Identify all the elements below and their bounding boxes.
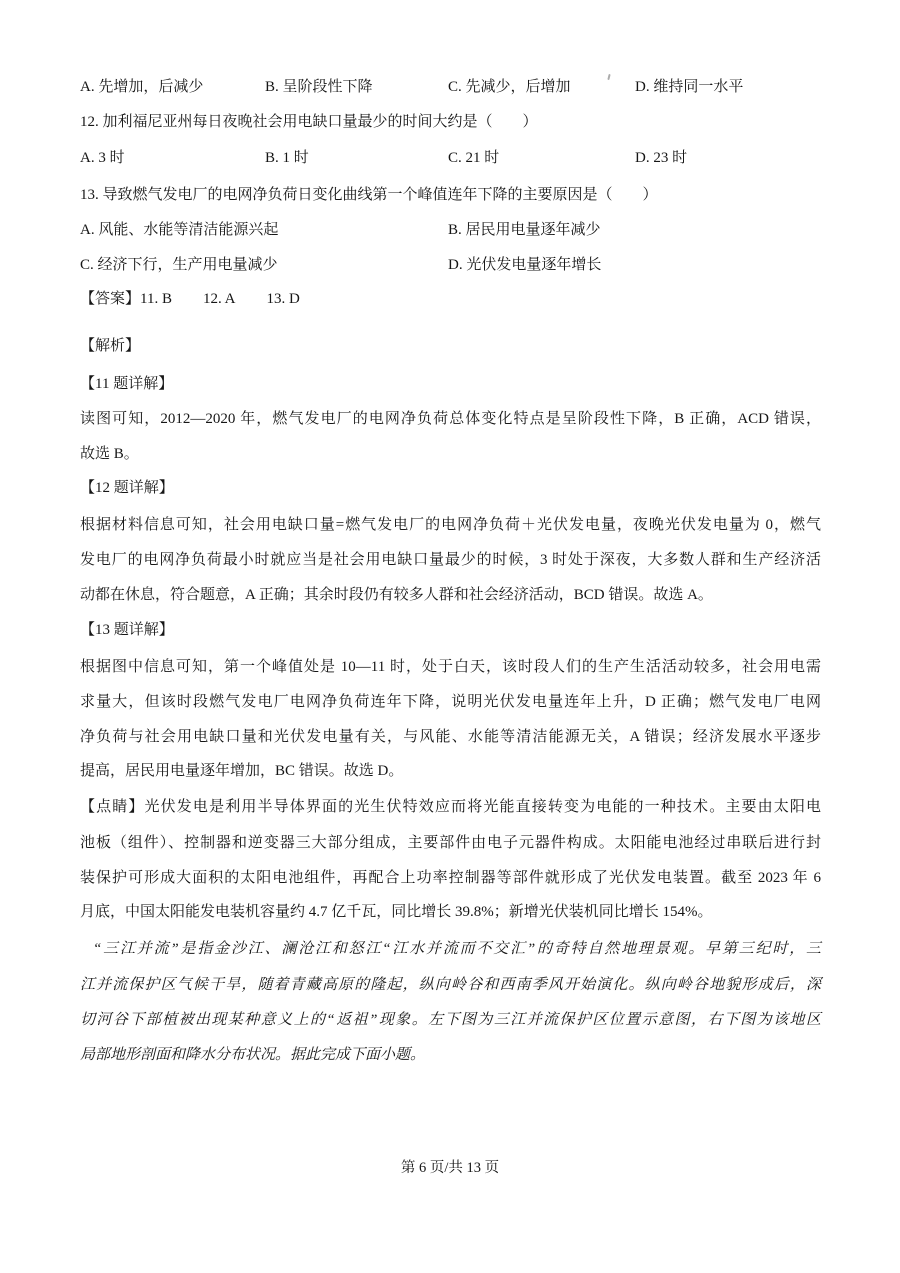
- q11-option-d: D. 维持同一水平: [635, 77, 743, 98]
- key-note-line-1: 【点睛】光伏发电是利用半导体界面的光生伏特效应而将光能直接转变为电能的一种技术。…: [80, 797, 821, 818]
- q11-detail-line-2: 故选 B。: [80, 444, 821, 465]
- key-note-line-4: 月底，中国太阳能发电装机容量约 4.7 亿千瓦，同比增长 39.8%；新增光伏装…: [80, 902, 821, 923]
- key-note-line-3: 装保护可形成大面积的太阳电池组件，再配合上功率控制器等部件就形成了光伏发电装置。…: [80, 868, 821, 889]
- answer-q12: 12. A: [203, 291, 236, 307]
- q13-option-a: A. 风能、水能等清洁能源兴起: [80, 220, 278, 241]
- q13-option-b: B. 居民用电量逐年减少: [448, 220, 601, 241]
- q12-option-c: C. 21 时: [448, 148, 499, 169]
- q12-detail-line-2: 发电厂的电网净负荷最小时就应当是社会用电缺口量最少的时候，3 时处于深夜，大多数…: [80, 550, 821, 571]
- analysis-header: 【解析】: [80, 336, 821, 357]
- q11-option-c: C. 先减少，后增加: [448, 77, 571, 98]
- q13-options-row-2: C. 经济下行，生产用电量减少 D. 光伏发电量逐年增长: [80, 255, 821, 276]
- q13-detail-line-3: 净负荷与社会用电缺口量和光伏发电量有关，与风能、水能等清洁能源无关，A 错误；经…: [80, 727, 821, 748]
- q13-option-c: C. 经济下行，生产用电量减少: [80, 255, 278, 276]
- q13-stem: 13. 导致燃气发电厂的电网净负荷日变化曲线第一个峰值连年下降的主要原因是（ ）: [80, 185, 821, 206]
- q11-detail-header: 【11 题详解】: [80, 374, 821, 395]
- answer-q13: 13. D: [266, 291, 299, 307]
- q12-detail-header: 【12 题详解】: [80, 478, 821, 499]
- material-line-2: 江并流保护区气候干旱，随着青藏高原的隆起，纵向岭谷和西南季风开始演化。纵向岭谷地…: [80, 975, 821, 996]
- q13-detail-line-1: 根据图中信息可知，第一个峰值处是 10—11 时，处于白天，该时段人们的生产生活…: [80, 657, 821, 678]
- q12-options-row: A. 3 时 B. 1 时 C. 21 时 D. 23 时: [80, 148, 821, 169]
- q13-detail-line-2: 求量大，但该时段燃气发电厂电网净负荷连年下降，说明光伏发电量连年上升，D 正确；…: [80, 692, 821, 713]
- q13-options-row-1: A. 风能、水能等清洁能源兴起 B. 居民用电量逐年减少: [80, 220, 821, 241]
- q12-option-d: D. 23 时: [635, 148, 687, 169]
- page-number-footer: 第 6 页/共 13 页: [0, 1156, 900, 1177]
- q13-detail-line-4: 提高，居民用电量逐年增加，BC 错误。故选 D。: [80, 761, 821, 782]
- q12-option-b: B. 1 时: [265, 148, 309, 169]
- q12-detail-line-3: 动都在休息，符合题意，A 正确；其余时段仍有较多人群和社会经济活动，BCD 错误…: [80, 585, 821, 606]
- answer-q11: 【答案】11. B: [80, 291, 172, 307]
- q12-option-a: A. 3 时: [80, 148, 125, 169]
- q12-stem: 12. 加利福尼亚州每日夜晚社会用电缺口量最少的时间大约是（ ）: [80, 112, 821, 133]
- document-page: A. 先增加，后减少 B. 呈阶段性下降 C. 先减少，后增加 D. 维持同一水…: [0, 0, 900, 1273]
- material-line-1: “三江并流”是指金沙江、澜沧江和怒江“江水并流而不交汇”的奇特自然地理景观。早第…: [80, 939, 821, 960]
- q11-options-row: A. 先增加，后减少 B. 呈阶段性下降 C. 先减少，后增加 D. 维持同一水…: [80, 77, 821, 98]
- q13-detail-header: 【13 题详解】: [80, 620, 821, 641]
- key-note-line-2: 池板（组件）、控制器和逆变器三大部分组成，主要部件由电子元器件构成。太阳能电池经…: [80, 833, 821, 854]
- q11-detail-line-1: 读图可知，2012—2020 年，燃气发电厂的电网净负荷总体变化特点是呈阶段性下…: [80, 409, 821, 430]
- answer-line: 【答案】11. B12. A13. D: [80, 289, 821, 310]
- material-line-3: 切河谷下部植被出现某种意义上的“返祖”现象。左下图为三江并流保护区位置示意图，右…: [80, 1010, 821, 1031]
- q13-option-d: D. 光伏发电量逐年增长: [448, 255, 601, 276]
- q11-option-a: A. 先增加，后减少: [80, 77, 203, 98]
- q11-option-b: B. 呈阶段性下降: [265, 77, 373, 98]
- material-line-4: 局部地形剖面和降水分布状况。据此完成下面小题。: [80, 1045, 821, 1066]
- q12-detail-line-1: 根据材料信息可知，社会用电缺口量=燃气发电厂的电网净负荷＋光伏发电量，夜晚光伏发…: [80, 515, 821, 536]
